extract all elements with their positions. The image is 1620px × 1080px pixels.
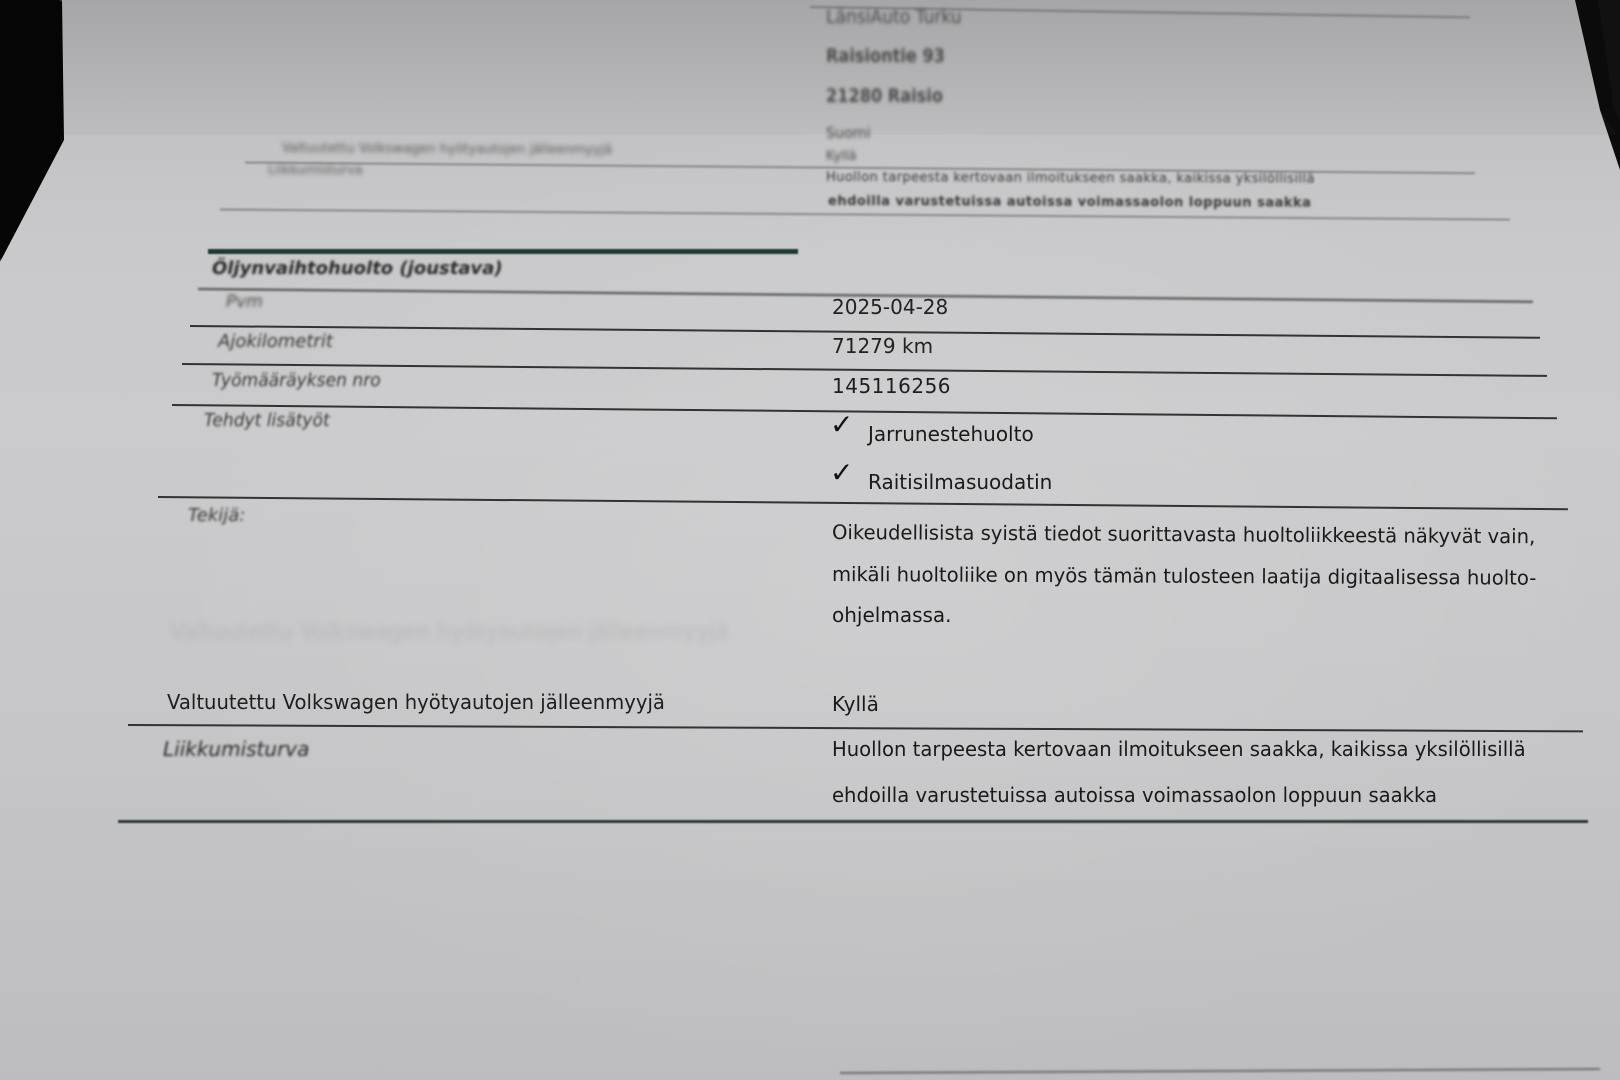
bottom-authorized-label: Valtuutettu Volkswagen hyötyautojen jäll… bbox=[167, 690, 665, 714]
top-mobility-value-line2: ehdoilla varustetuissa autoissa voimassa… bbox=[828, 194, 1311, 211]
top-authorized-label: Valtuutettu Volkswagen hyötyautojen jäll… bbox=[282, 141, 612, 158]
performer-text-line3: ohjelmassa. bbox=[832, 603, 952, 627]
paper-fold-shadow bbox=[0, 0, 1620, 135]
checkmark-icon: ✓ bbox=[830, 456, 853, 489]
top-mobility-value-line1: Huollon tarpeesta kertovaan ilmoitukseen… bbox=[826, 170, 1315, 187]
service-title: Öljynvaihtohuolto (joustava) bbox=[212, 258, 503, 279]
bottom-mobility-value-line2: ehdoilla varustetuissa autoissa voimassa… bbox=[832, 783, 1437, 807]
dealer-name: LänsiAuto Turku bbox=[826, 6, 962, 28]
date-label: Pvm bbox=[226, 292, 263, 312]
work-order-value: 145116256 bbox=[832, 374, 951, 398]
performer-text-line2: mikäli huoltoliike on myös tämän tuloste… bbox=[832, 562, 1536, 590]
dealer-country: Suomi bbox=[826, 124, 871, 142]
work-order-label: Työmääräyksen nro bbox=[212, 370, 381, 391]
dealer-postal: 21280 Raisio bbox=[826, 85, 943, 107]
bottom-authorized-value: Kyllä bbox=[832, 692, 879, 716]
extra-work-label: Tehdyt lisätyöt bbox=[204, 410, 330, 431]
performer-label: Tekijä: bbox=[188, 505, 245, 526]
bottom-divider-2 bbox=[118, 820, 1588, 823]
bottom-mobility-value-line1: Huollon tarpeesta kertovaan ilmoitukseen… bbox=[832, 737, 1526, 761]
extra-work-item-label: Jarrunestehuolto bbox=[868, 422, 1034, 446]
date-value: 2025-04-28 bbox=[832, 295, 948, 319]
mileage-value: 71279 km bbox=[832, 334, 933, 358]
top-authorized-value: Kyllä bbox=[826, 149, 856, 164]
dealer-street: Raisiontie 93 bbox=[826, 45, 945, 67]
performer-text-line1: Oikeudellisista syistä tiedot suorittava… bbox=[832, 520, 1535, 548]
checkmark-icon: ✓ bbox=[830, 408, 853, 441]
photo-scene: LänsiAuto Turku Raisiontie 93 21280 Rais… bbox=[0, 0, 1620, 1080]
mileage-label: Ajokilometrit bbox=[218, 331, 333, 352]
show-through-text: Valtuutettu Volkswagen hyötyautojen jäll… bbox=[170, 620, 729, 645]
bottom-mobility-label: Liikkumisturva bbox=[163, 737, 309, 761]
service-heading-rule bbox=[208, 249, 798, 254]
top-mobility-label: Liikkumisturva bbox=[268, 163, 363, 178]
extra-work-item-label: Raitisilmasuodatin bbox=[868, 470, 1052, 494]
